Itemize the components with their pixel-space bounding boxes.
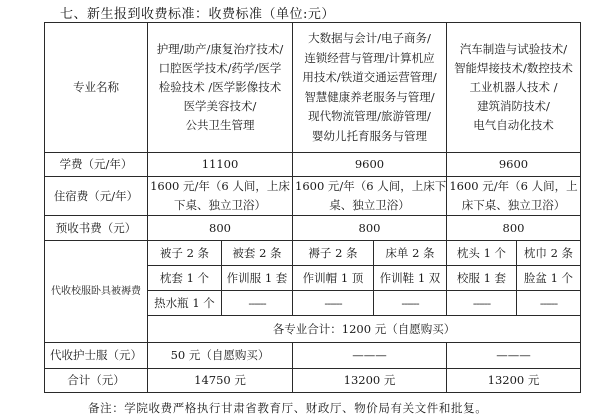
bedding-empty: ------ [374, 291, 447, 316]
bedding-item: 枕套 1 个 [148, 266, 222, 291]
bedding-item: 校服 1 套 [447, 266, 517, 291]
bedding-item: 褥子 2 条 [293, 241, 374, 266]
nurse-uniform-group-1: 50 元（自愿购买） [148, 343, 293, 369]
bedding-item: 床单 2 条 [374, 241, 447, 266]
books-group-1: 800 [148, 216, 293, 241]
tuition-group-1: 11100 [148, 153, 293, 177]
bedding-item: 被套 2 条 [222, 241, 293, 266]
nurse-uniform-group-2: ——— [293, 343, 447, 369]
tuition-label: 学费（元/年） [45, 153, 148, 177]
housing-label: 住宿费（元/年） [45, 177, 148, 216]
bedding-item: 作训服 1 套 [222, 266, 293, 291]
majors-group-1: 护理/助产/康复治疗技术/ 口腔医学技术/药学/医学 检验技术 /医学影像技术 … [148, 23, 293, 153]
bedding-item: 被子 2 条 [148, 241, 222, 266]
bedding-label: 代收校服卧具被褥费 [45, 241, 148, 343]
housing-row: 住宿费（元/年） 1600 元/年（6 人间，上床 下桌、独立卫浴） 1600 … [45, 177, 581, 216]
header-row: 专业名称 护理/助产/康复治疗技术/ 口腔医学技术/药学/医学 检验技术 /医学… [45, 23, 581, 153]
tuition-group-2: 9600 [293, 153, 447, 177]
bedding-empty: ------ [517, 291, 581, 316]
bedding-subtotal: 各专业合计：1200 元（自愿购买） [148, 316, 581, 343]
bedding-item: 作训帽 1 顶 [293, 266, 374, 291]
bedding-item: 热水瓶 1 个 [148, 291, 222, 316]
bedding-row-1: 代收校服卧具被褥费 被子 2 条 被套 2 条 褥子 2 条 床单 2 条 枕头… [45, 241, 581, 266]
total-row: 合计（元） 14750 元 13200 元 13200 元 [45, 369, 581, 393]
bedding-empty: ------ [222, 291, 293, 316]
bedding-empty: ------ [447, 291, 517, 316]
housing-group-3: 1600 元/年（6 人间，上 床下桌、独立卫浴） [447, 177, 581, 216]
majors-group-2: 大数据与会计/电子商务/ 连锁经营与管理/计算机应 用技术/铁道交通运营管理/ … [293, 23, 447, 153]
bedding-item: 作训鞋 1 双 [374, 266, 447, 291]
footnote: 备注：学院收费严格执行甘肃省教育厅、财政厅、物价局有关文件和批复。 [88, 400, 487, 416]
books-row: 预收书费（元） 800 800 800 [45, 216, 581, 241]
total-label: 合计（元） [45, 369, 148, 393]
fee-table: 专业名称 护理/助产/康复治疗技术/ 口腔医学技术/药学/医学 检验技术 /医学… [44, 22, 581, 393]
housing-group-1: 1600 元/年（6 人间，上床 下桌、独立卫浴） [148, 177, 293, 216]
nurse-uniform-group-3: ——— [447, 343, 581, 369]
total-group-2: 13200 元 [293, 369, 447, 393]
header-label: 专业名称 [45, 23, 148, 153]
bedding-item: 脸盆 1 个 [517, 266, 581, 291]
books-group-2: 800 [293, 216, 447, 241]
tuition-row: 学费（元/年） 11100 9600 9600 [45, 153, 581, 177]
nurse-uniform-row: 代收护士服（元） 50 元（自愿购买） ——— ——— [45, 343, 581, 369]
nurse-uniform-label: 代收护士服（元） [45, 343, 148, 369]
total-group-1: 14750 元 [148, 369, 293, 393]
housing-group-2: 1600 元/年（6 人间，上床下 桌、独立卫浴） [293, 177, 447, 216]
tuition-group-3: 9600 [447, 153, 581, 177]
bedding-item: 枕巾 2 条 [517, 241, 581, 266]
total-group-3: 13200 元 [447, 369, 581, 393]
bedding-empty: ------ [293, 291, 374, 316]
books-group-3: 800 [447, 216, 581, 241]
majors-group-3: 汽车制造与试验技术/ 智能焊接技术/数控技术 工业机器人技术 / 建筑消防技术/… [447, 23, 581, 153]
section-title: 七、新生报到收费标准：收费标准（单位:元） [60, 3, 335, 22]
books-label: 预收书费（元） [45, 216, 148, 241]
bedding-item: 枕头 1 个 [447, 241, 517, 266]
